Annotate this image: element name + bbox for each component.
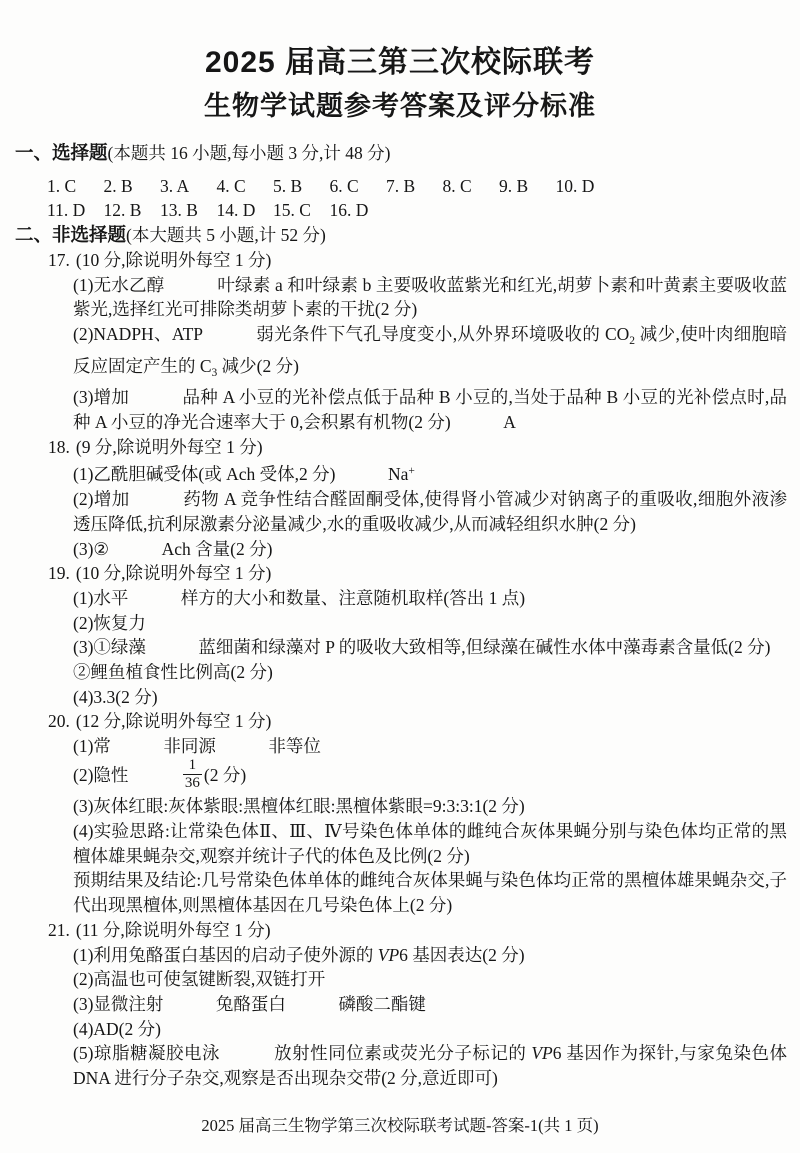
- answer-17-3: (3)增加 品种 A 小豆的光补偿点低于品种 B 小豆的,当处于品种 B 小豆的…: [73, 385, 787, 434]
- question-21-number: 21.: [48, 920, 70, 940]
- question-19-intro: (10 分,除说明外每空 1 分): [76, 563, 271, 583]
- mc-answer-10: 10. D: [556, 174, 613, 199]
- section-1-note: (本题共 16 小题,每小题 3 分,计 48 分): [108, 143, 391, 163]
- question-20-header: 20.(12 分,除说明外每空 1 分): [48, 709, 800, 734]
- section-1-header: 一、选择题(本题共 16 小题,每小题 3 分,计 48 分): [15, 141, 800, 166]
- mc-answer-15: 15. C: [273, 198, 330, 223]
- answer-21-1: (1)利用兔酪蛋白基因的启动子使外源的 VP6 基因表达(2 分): [73, 943, 787, 968]
- answer-18-1: (1)乙酰胆碱受体(或 Ach 受体,2 分) Na+: [73, 459, 787, 487]
- mc-answer-9: 9. B: [499, 174, 556, 199]
- question-18: 18.(9 分,除说明外每空 1 分) (1)乙酰胆碱受体(或 Ach 受体,2…: [0, 435, 800, 562]
- mc-answer-5: 5. B: [273, 174, 330, 199]
- answer-20-3: (3)灰体红眼:灰体紫眼:黑檀体红眼:黑檀体紫眼=9:3:3:1(2 分): [73, 794, 787, 819]
- question-21: 21.(11 分,除说明外每空 1 分) (1)利用兔酪蛋白基因的启动子使外源的…: [0, 918, 800, 1091]
- section-2-label: 二、非选择题: [15, 224, 126, 245]
- question-20-number: 20.: [48, 711, 70, 731]
- question-21-intro: (11 分,除说明外每空 1 分): [76, 920, 271, 940]
- mc-answer-14: 14. D: [217, 198, 274, 223]
- mc-answer-7: 7. B: [386, 174, 443, 199]
- section-1-label: 一、选择题: [15, 142, 108, 163]
- answer-19-2: (2)恢复力: [73, 611, 787, 636]
- mc-answers-row-1: 1. C 2. B 3. A 4. C 5. B 6. C 7. B 8. C …: [47, 174, 800, 199]
- answer-19-4: (4)3.3(2 分): [73, 685, 787, 710]
- exam-answer-page: 2025 届高三第三次校际联考 生物学试题参考答案及评分标准 一、选择题(本题共…: [0, 0, 800, 1153]
- question-18-intro: (9 分,除说明外每空 1 分): [76, 437, 263, 457]
- question-21-header: 21.(11 分,除说明外每空 1 分): [48, 918, 800, 943]
- question-17-number: 17.: [48, 250, 70, 270]
- mc-answers-row-2: 11. D 12. B 13. B 14. D 15. C 16. D: [47, 198, 800, 223]
- answer-18-3: (3)② Ach 含量(2 分): [73, 537, 787, 562]
- answer-20-1: (1)常 非同源 非等位: [73, 734, 787, 759]
- answer-17-1: (1)无水乙醇 叶绿素 a 和叶绿素 b 主要吸收蓝紫光和红光,胡萝卜素和叶黄素…: [73, 273, 787, 322]
- answer-19-1: (1)水平 样方的大小和数量、注意随机取样(答出 1 点): [73, 586, 787, 611]
- mc-answer-1: 1. C: [47, 174, 104, 199]
- question-20: 20.(12 分,除说明外每空 1 分) (1)常 非同源 非等位 (2)隐性 …: [0, 709, 800, 917]
- mc-answer-8: 8. C: [443, 174, 500, 199]
- mc-answer-2: 2. B: [104, 174, 161, 199]
- answer-19-3a: (3)①绿藻 蓝细菌和绿藻对 P 的吸收大致相等,但绿藻在碱性水体中藻毒素含量低…: [73, 635, 787, 660]
- question-17: 17.(10 分,除说明外每空 1 分) (1)无水乙醇 叶绿素 a 和叶绿素 …: [0, 248, 800, 435]
- answer-21-5: (5)琼脂糖凝胶电泳 放射性同位素或荧光分子标记的 VP6 基因作为探针,与家兔…: [73, 1041, 787, 1090]
- question-19-header: 19.(10 分,除说明外每空 1 分): [48, 561, 800, 586]
- mc-answer-13: 13. B: [160, 198, 217, 223]
- mc-answer-3: 3. A: [160, 174, 217, 199]
- mc-answer-6: 6. C: [330, 174, 387, 199]
- answer-18-2: (2)增加 药物 A 竞争性结合醛固酮受体,使得肾小管减少对钠离子的重吸收,细胞…: [73, 487, 787, 536]
- question-20-intro: (12 分,除说明外每空 1 分): [76, 711, 271, 731]
- section-2-header: 二、非选择题(本大题共 5 小题,计 52 分): [15, 223, 800, 248]
- mc-answer-12: 12. B: [104, 198, 161, 223]
- page-footer: 2025 届高三生物学第三次校际联考试题-答案-1(共 1 页): [0, 1112, 800, 1136]
- document-body: 一、选择题(本题共 16 小题,每小题 3 分,计 48 分) 1. C 2. …: [0, 141, 800, 1091]
- mc-answer-11: 11. D: [47, 198, 104, 223]
- answer-21-3: (3)显微注射 兔酪蛋白 磷酸二酯键: [73, 992, 787, 1017]
- mc-answer-4: 4. C: [217, 174, 274, 199]
- answer-17-2: (2)NADPH、ATP 弱光条件下气孔导度变小,从外界环境吸收的 CO2 减少…: [73, 322, 787, 385]
- page-title: 2025 届高三第三次校际联考: [0, 0, 800, 81]
- answer-19-3b: ②鲤鱼植食性比例高(2 分): [73, 660, 787, 685]
- section-2-note: (本大题共 5 小题,计 52 分): [126, 225, 326, 245]
- answer-21-2: (2)高温也可使氢键断裂,双链打开: [73, 967, 787, 992]
- question-18-header: 18.(9 分,除说明外每空 1 分): [48, 435, 800, 460]
- question-17-intro: (10 分,除说明外每空 1 分): [76, 250, 271, 270]
- answer-20-4-conclusion: 预期结果及结论:几号常染色体单体的雌纯合灰体果蝇与染色体均正常的黑檀体雄果蝇杂交…: [73, 868, 787, 917]
- question-17-header: 17.(10 分,除说明外每空 1 分): [48, 248, 800, 273]
- question-18-number: 18.: [48, 437, 70, 457]
- page-subtitle: 生物学试题参考答案及评分标准: [0, 90, 800, 123]
- question-19: 19.(10 分,除说明外每空 1 分) (1)水平 样方的大小和数量、注意随机…: [0, 561, 800, 709]
- answer-20-2: (2)隐性 136(2 分): [73, 759, 787, 795]
- answer-20-4-method: (4)实验思路:让常染色体Ⅱ、Ⅲ、Ⅳ号染色体单体的雌纯合灰体果蝇分别与染色体均正…: [73, 819, 787, 868]
- mc-answer-16: 16. D: [330, 198, 387, 223]
- answer-21-4: (4)AD(2 分): [73, 1017, 787, 1042]
- fraction: 136: [183, 757, 202, 793]
- question-19-number: 19.: [48, 563, 70, 583]
